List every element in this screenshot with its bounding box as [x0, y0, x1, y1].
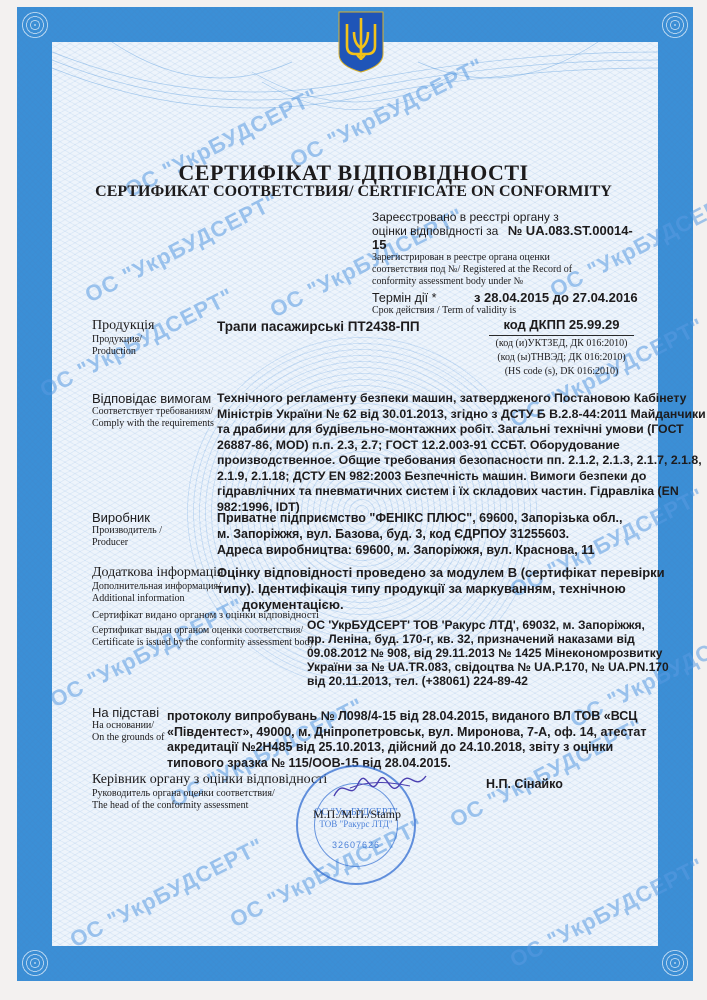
grounds-label: На підставі На основании/ On the grounds… [92, 705, 165, 744]
head-name: Н.П. Сінайко [486, 777, 563, 791]
product-value: Трапи пасажирські ПТ2438-ПП [217, 319, 420, 335]
requirements-label: Відповідає вимогам Соответствует требова… [92, 391, 214, 430]
certificate-subtitle: СЕРТИФИКАТ СООТВЕТСТВИЯ/ CERTIFICATE ON … [0, 183, 707, 201]
signature-icon [330, 772, 430, 802]
validity-term: Термін дії * з 28.04.2015 до 27.04.2016 [372, 290, 642, 305]
grounds-value: протоколу випробувань № Л098/4-15 від 28… [167, 709, 646, 771]
stamp-code: 32607626 [298, 840, 414, 850]
registration-line2: оцінки відповідності за № UA.083.ST.0001… [372, 224, 642, 252]
additional-info-label: Додаткова інформація Дополнительная инфо… [92, 565, 224, 605]
requirements-value: Технічного регламенту безпеки машин, зат… [217, 391, 706, 515]
ukraine-trident-icon [337, 10, 385, 74]
spiral-ornament [660, 948, 690, 978]
spiral-ornament [20, 948, 50, 978]
registration-line1: Зареєстровано в реєстрі органу з [372, 210, 642, 224]
issued-by-label: Сертифікат видано органом з оцінки відпо… [92, 610, 319, 649]
producer-value: Приватне підприємство "ФЕНІКС ПЛЮС", 696… [217, 510, 622, 558]
spiral-ornament [660, 10, 690, 40]
additional-info-value: Оцінку відповідності проведено за модуле… [217, 565, 665, 613]
product-code: код ДКПП 25.99.29 (код (и)УКТЗЕД, ДК 016… [489, 317, 634, 378]
issued-by-value: ОС 'УкрБУДСЕРТ' ТОВ 'Ракурс ЛТД', 69032,… [307, 618, 669, 688]
producer-label: Виробник Производитель / Producer [92, 510, 162, 549]
head-label: Керівник органу з оцінки відповідності Р… [92, 772, 327, 812]
product-label: Продукція Продукция/ Production [92, 318, 154, 358]
spiral-ornament [20, 10, 50, 40]
stamp-label: М.П./М.П./Stamp [313, 807, 401, 822]
registration-block: Зареєстровано в реєстрі органу з оцінки … [372, 210, 642, 317]
validity-dates: з 28.04.2015 до 27.04.2016 [474, 290, 638, 305]
